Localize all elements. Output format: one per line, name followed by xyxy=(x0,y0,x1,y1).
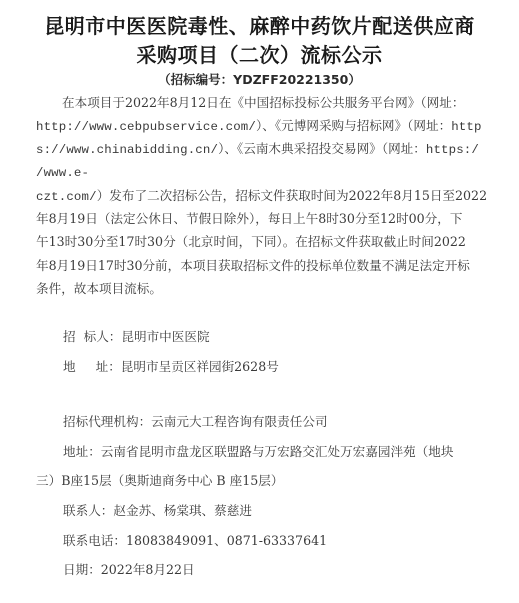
body-text: ）、《元博网采购与招标网》（网址： xyxy=(256,118,451,133)
body-text: ）发布了二次招标公告，招标文件获取时间为2022年8月15日至2022 xyxy=(97,188,487,203)
body-line-5: czt.com/）发布了二次招标公告，招标文件获取时间为2022年8月15日至2… xyxy=(36,188,487,205)
tenderer-address-value: 昆明市呈贡区祥园街2628号 xyxy=(121,359,279,374)
url-e-czt-cont: czt.com/ xyxy=(36,190,97,204)
contacts-row: 联系人：赵金苏、杨棠琪、蔡慈进 xyxy=(63,503,252,519)
phone-label: 联系电话： xyxy=(63,533,126,548)
phone-row: 联系电话：18083849091、0871-63337641 xyxy=(63,533,327,549)
agency-value: 云南元大工程咨询有限责任公司 xyxy=(151,414,327,429)
contacts-label: 联系人： xyxy=(63,503,113,518)
date-value: 2022年8月22日 xyxy=(101,562,195,577)
body-line-2: http://www.cebpubservice.com/）、《元博网采购与招标… xyxy=(36,118,482,135)
agency-label: 招标代理机构： xyxy=(63,414,151,429)
tenderer-label: 招 标人： xyxy=(63,329,121,344)
date-label: 日期： xyxy=(63,562,101,577)
body-line-7: 午13时30分至17时30分（北京时间，下同）。在招标文件获取截止时间2022 xyxy=(36,234,466,250)
agency-row: 招标代理机构：云南元大工程咨询有限责任公司 xyxy=(63,414,327,430)
tenderer-address-label: 地 址： xyxy=(63,359,121,374)
body-line-6: 年8月19日（法定公休日、节假日除外），每日上午8时30分至12时00分，下 xyxy=(36,211,462,227)
body-line-3: s://www.chinabidding.cn/）、《云南木典采招投交易网》（网… xyxy=(36,141,479,158)
tenderer-row: 招 标人：昆明市中医医院 xyxy=(63,329,210,345)
contacts-value: 赵金苏、杨棠琪、蔡慈进 xyxy=(113,503,252,518)
document-title-line-1: 昆明市中医医院毒性、麻醉中药饮片配送供应商 xyxy=(0,10,519,39)
announcement-document: 昆明市中医医院毒性、麻醉中药饮片配送供应商 采购项目（二次）流标公示 （招标编号… xyxy=(0,0,519,603)
body-line-1: 在本项目于2022年8月12日在《中国招标投标公共服务平台网》（网址： xyxy=(62,95,464,111)
agency-address-row: 地址：云南省昆明市盘龙区联盟路与万宏路交汇处万宏嘉园泮苑（地块 xyxy=(63,444,453,460)
url-fragment: https:/ xyxy=(426,143,479,157)
agency-address-row-cont: 三）B座15层（奥斯迪商务中心 B 座15层） xyxy=(36,473,283,489)
agency-address-value-cont: 三）B座15层（奥斯迪商务中心 B 座15层） xyxy=(36,473,283,488)
url-cebpubservice: http://www.cebpubservice.com/ xyxy=(36,120,256,134)
url-e-czt: /www.e- xyxy=(36,166,89,180)
body-text: 年8月19日（法定公休日、节假日除外），每日上午8时30分至12时00分，下 xyxy=(36,211,462,226)
body-line-4: /www.e- xyxy=(36,164,89,181)
body-line-9: 条件，故本项目流标。 xyxy=(36,281,162,297)
url-chinabidding: s://www.chinabidding.cn/ xyxy=(36,143,218,157)
bid-number: （招标编号：YDZFF20221350） xyxy=(0,70,519,88)
url-fragment: http xyxy=(451,120,481,134)
tenderer-address-row: 地 址：昆明市呈贡区祥园街2628号 xyxy=(63,359,279,375)
document-title-line-2: 采购项目（二次）流标公示 xyxy=(0,39,519,68)
agency-address-value: 云南省昆明市盘龙区联盟路与万宏路交汇处万宏嘉园泮苑（地块 xyxy=(101,444,454,459)
body-text: 年8月19日17时30分前，本项目获取招标文件的投标单位数量不满足法定开标 xyxy=(36,258,470,273)
body-text: 在本项目于2022年8月12日在《中国招标投标公共服务平台网》（网址： xyxy=(62,95,464,110)
date-row: 日期：2022年8月22日 xyxy=(63,562,195,578)
body-text: ）、《云南木典采招投交易网》（网址： xyxy=(218,141,426,156)
tenderer-value: 昆明市中医医院 xyxy=(121,329,209,344)
agency-address-label: 地址： xyxy=(63,444,101,459)
body-line-8: 年8月19日17时30分前，本项目获取招标文件的投标单位数量不满足法定开标 xyxy=(36,258,470,274)
body-text: 条件，故本项目流标。 xyxy=(36,281,162,296)
phone-value: 18083849091、0871-63337641 xyxy=(126,533,327,548)
body-text: 午13时30分至17时30分（北京时间，下同）。在招标文件获取截止时间2022 xyxy=(36,234,466,249)
